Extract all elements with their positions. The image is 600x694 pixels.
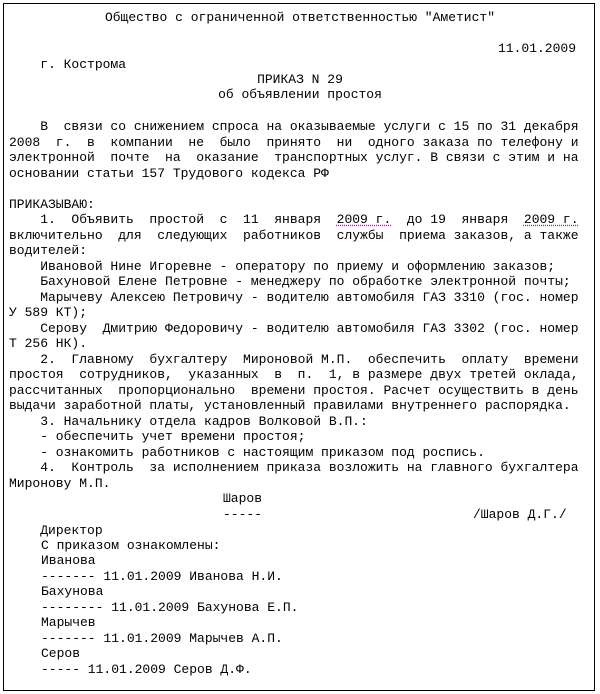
employee-line: Марычеву Алексею Петровичу - водителю ав… [9,290,591,306]
employee-line: Серову Дмитрию Федоровичу - водителю авт… [9,321,591,337]
item2-line: 2. Главному бухгалтеру Мироновой М.П. об… [9,352,591,368]
item2-line: выдачи заработной платы, установленный п… [9,398,591,414]
ack-signature: Иванова [9,553,591,569]
item3-line: 3. Начальнику отдела кадров Волковой В.П… [9,414,591,430]
item1-line: включительно для следующих работников сл… [9,228,591,244]
preamble-line: 2008 г. в компании не было принято ни од… [9,135,591,151]
preamble-line: электронной почте на оказание транспортн… [9,150,591,166]
item3-line: - ознакомить работников с настоящим прик… [9,445,591,461]
spellcheck-date: 2009 г. [524,212,579,227]
order-date: 11.01.2009 [498,41,576,57]
employee-line: Т 256 НК). [9,336,591,352]
preamble-line: В связи со снижением спроса на оказываем… [9,119,591,135]
ack-signature: Марычев [9,615,591,631]
item4-line: Миронову М.П. [9,476,591,492]
item4-line: 4. Контроль за исполнением приказа возло… [9,460,591,476]
organization-name: Общество с ограниченной ответственностью… [9,10,591,26]
order-document: Общество с ограниченной ответственностью… [3,3,595,691]
order-title: ПРИКАЗ N 29 [9,72,591,88]
ack-line: ------- 11.01.2009 Марычев А.П. [9,631,591,647]
ack-signature: Серов [9,646,591,662]
city: г. Кострома [40,57,126,72]
order-subject: об объявлении простоя [9,87,591,103]
item1-text: до 19 января [391,212,524,227]
ack-signature: Бахунова [9,584,591,600]
director-position: Директор [40,523,102,538]
ack-line: -------- 11.01.2009 Бахунова Е.П. [9,600,591,616]
item1-text: 1. Объявить простой с 11 января [9,212,337,227]
signature-line: ----- [223,507,262,523]
director-name: /Шаров Д.Г./ [473,507,567,523]
item1-line1: 1. Объявить простой с 11 января 2009 г. … [9,212,591,228]
preamble-line: основании статьи 157 Трудового кодекса Р… [9,166,591,182]
ack-line: ----- 11.01.2009 Серов Д.Ф. [9,662,591,678]
item2-line: рассчитанных пропорционально времени про… [9,383,591,399]
director-signature: Шаров [223,491,591,507]
ack-line: ------- 11.01.2009 Иванова Н.И. [9,569,591,585]
order-word: ПРИКАЗЫВАЮ: [9,197,591,213]
item1-line: водителей: [9,243,591,259]
employee-line: У 589 КТ); [9,305,591,321]
item2-line: простоя сотрудников, указанных в п. 1, в… [9,367,591,383]
item3-line: - обеспечить учет времени простоя; [9,429,591,445]
acknowledgement-title: С приказом ознакомлены: [9,538,591,554]
spellcheck-date: 2009 г. [337,212,392,227]
employee-line: Ивановой Нине Игоревне - оператору по пр… [9,259,591,275]
employee-line: Бахуновой Елене Петровне - менеджеру по … [9,274,591,290]
